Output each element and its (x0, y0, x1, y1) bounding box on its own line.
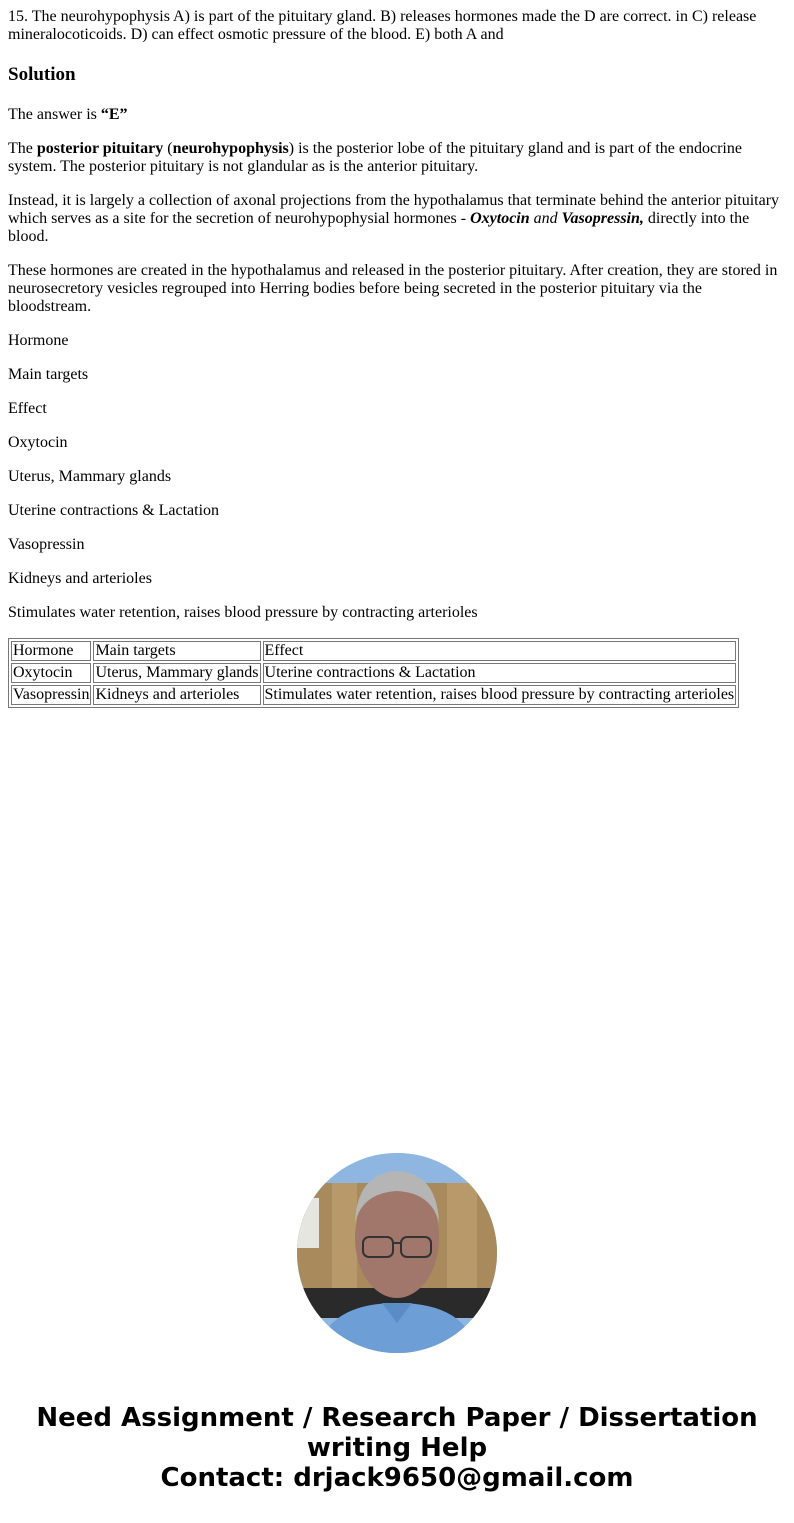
promo-banner: Need Assignment / Research Paper / Disse… (0, 1403, 794, 1493)
loose-cell: Main targets (8, 366, 786, 384)
loose-cell: Effect (8, 400, 786, 418)
author-photo (297, 1153, 497, 1353)
loose-cell: Hormone (8, 332, 786, 350)
table-cell: Stimulates water retention, raises blood… (263, 685, 737, 705)
paragraph-posterior-pituitary: The posterior pituitary (neurohypophysis… (8, 140, 786, 176)
table-header-cell: Effect (263, 641, 737, 661)
document-content: 15. The neurohypophysis A) is part of th… (8, 8, 786, 708)
promo-line: Need Assignment / Research Paper / Disse… (0, 1403, 794, 1433)
loose-cell: Uterine contractions & Lactation (8, 502, 786, 520)
loose-cell-list: Hormone Main targets Effect Oxytocin Ute… (8, 332, 786, 622)
loose-cell: Uterus, Mammary glands (8, 468, 786, 486)
table-cell: Oxytocin (11, 663, 91, 683)
table-cell: Uterus, Mammary glands (93, 663, 260, 683)
table-header-cell: Main targets (93, 641, 260, 661)
table-header-cell: Hormone (11, 641, 91, 661)
loose-cell: Kidneys and arterioles (8, 570, 786, 588)
promo-line: writing Help (0, 1433, 794, 1463)
loose-cell: Vasopressin (8, 536, 786, 554)
loose-cell: Stimulates water retention, raises blood… (8, 604, 786, 622)
table-cell: Uterine contractions & Lactation (263, 663, 737, 683)
table-row: Oxytocin Uterus, Mammary glands Uterine … (11, 663, 736, 683)
paragraph-axonal-projections: Instead, it is largely a collection of a… (8, 192, 786, 246)
table-cell: Vasopressin (11, 685, 91, 705)
table-cell: Kidneys and arterioles (93, 685, 260, 705)
solution-heading: Solution (8, 64, 786, 86)
hormone-table: Hormone Main targets Effect Oxytocin Ute… (8, 638, 739, 708)
answer-line: The answer is “E” (8, 106, 786, 124)
question-text: 15. The neurohypophysis A) is part of th… (8, 8, 786, 44)
author-photo-icon (297, 1153, 497, 1353)
paragraph-hormone-storage: These hormones are created in the hypoth… (8, 262, 786, 316)
answer-value: “E” (101, 106, 128, 123)
loose-cell: Oxytocin (8, 434, 786, 452)
table-row: Vasopressin Kidneys and arterioles Stimu… (11, 685, 736, 705)
promo-contact: Contact: drjack9650@gmail.com (0, 1463, 794, 1493)
table-header-row: Hormone Main targets Effect (11, 641, 736, 661)
